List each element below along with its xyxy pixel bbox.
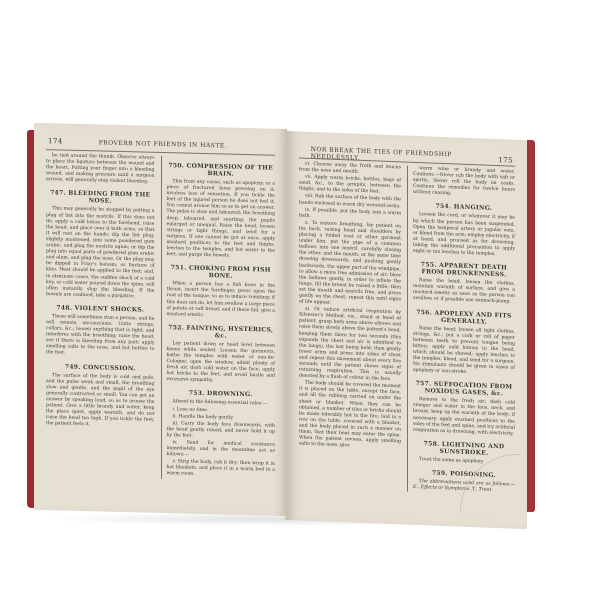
- paragraph: iii. Carry the body face downwards, with…: [167, 421, 276, 442]
- section-heading: 753. DROWNING.: [167, 389, 276, 399]
- right-page-columns: vi. Cleanse away the froth and mucus fro…: [299, 161, 515, 495]
- paragraph: These will sometimes stun a person, and …: [46, 314, 155, 359]
- section-heading: 752. FAINTING, HYSTERICS, &c.: [167, 324, 276, 341]
- paragraph: Raise the head; loosen all tight clothes…: [413, 325, 515, 378]
- paragraph: x. To restore breathing, lay patient on …: [299, 220, 401, 309]
- paragraph: The body should be covered the moment it…: [299, 381, 401, 452]
- paragraph: This from any cause, such as apoplexy, o…: [167, 179, 276, 261]
- column: warm wine or brandy and water. Cautions.…: [407, 166, 515, 496]
- section-heading: 756. APOPLEXY AND FITS GENERALLY.: [413, 308, 515, 326]
- paragraph: Loosen the cord, or whatever it may be b…: [413, 212, 515, 259]
- section-heading: 748. VIOLENT SHOCKS.: [46, 304, 155, 314]
- running-head-title: PROVERB NOT FRIENDS IN HASTE.: [99, 139, 228, 149]
- section-heading: 757. SUFFOCATION FROM NOXIOUS GASES, &c.: [413, 380, 515, 398]
- column: vi. Cleanse away the froth and mucus fro…: [299, 161, 401, 491]
- paragraph: When a person has a fish bone in the thr…: [167, 281, 276, 320]
- open-book-photo: 174 PROVERB NOT FRIENDS IN HASTE. be tie…: [0, 0, 595, 595]
- paragraph: Raise the head, loosen the clothes, main…: [413, 278, 515, 306]
- section-heading: 755. APPARENT DEATH FROM DRUNKENNESS.: [413, 261, 515, 279]
- page-number: 175: [498, 156, 513, 165]
- paragraph: Remove to the fresh air; dash cold vineg…: [413, 397, 515, 437]
- section-heading: 749. CONCUSSION.: [46, 363, 155, 373]
- column: 750. COMPRESSION OF THE BRAIN.This from …: [161, 156, 276, 481]
- column: be tied around the thumb. Observe always…: [46, 153, 155, 478]
- book-cover-right-edge: [527, 140, 535, 512]
- section-heading: 750. COMPRESSION OF THE BRAIN.: [167, 162, 276, 179]
- paragraph: be tied around the thumb. Observe always…: [46, 153, 155, 186]
- left-page-columns: be tied around the thumb. Observe always…: [46, 153, 275, 481]
- paragraph: xi. Or induce artificial respiration by …: [299, 307, 401, 384]
- section-heading: 758. LIGHTNING AND SUNSTROKE.: [413, 440, 515, 458]
- paragraph: The surface of the body is cold and pale…: [46, 373, 155, 430]
- paragraph: v. Strip the body, rub it dry; then wrap…: [167, 459, 276, 480]
- left-page: 174 PROVERB NOT FRIENDS IN HASTE. be tie…: [34, 123, 287, 516]
- right-page: NOR BREAK THE TIES OF FRIENDSHIP NEEDLES…: [287, 131, 527, 529]
- page-number: 174: [48, 137, 63, 145]
- section-heading: 747. BLEEDING FROM THE NOSE.: [46, 190, 155, 207]
- left-running-head: 174 PROVERB NOT FRIENDS IN HASTE.: [48, 137, 273, 150]
- paragraph: This may generally be stopped by putting…: [46, 207, 155, 301]
- paragraph: Lay patient down or head level between k…: [167, 341, 276, 386]
- section-heading: 751. CHOKING FROM FISH BONE.: [167, 264, 276, 281]
- paragraph: warm wine or brandy and water. Cautions.…: [413, 166, 515, 200]
- paragraph: iv. Send for medical assistance immediat…: [167, 440, 276, 461]
